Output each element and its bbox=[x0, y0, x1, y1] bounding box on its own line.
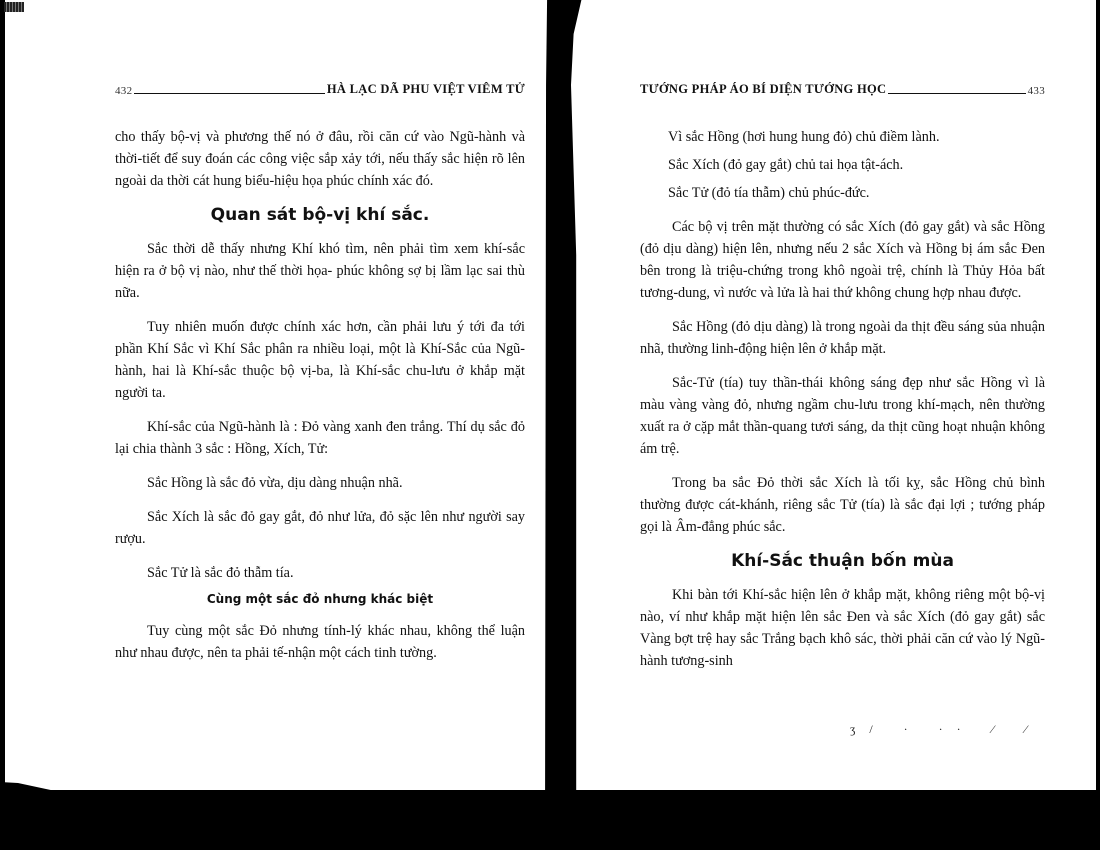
paragraph: Tuy cùng một sắc Đỏ nhưng tính-lý khác n… bbox=[115, 620, 525, 664]
page-body: Vì sắc Hồng (hơi hung hung đỏ) chủ điềm … bbox=[640, 126, 1045, 684]
paragraph: Sắc Xích là sắc đỏ gay gắt, đỏ như lửa, … bbox=[115, 506, 525, 550]
scan-corner-mark bbox=[4, 2, 24, 12]
paragraph: Sắc thời dễ thấy nhưng Khí khó tìm, nên … bbox=[115, 238, 525, 304]
section-heading: Khí-Sắc thuận bốn mùa bbox=[640, 550, 1045, 572]
paragraph: Khí-sắc của Ngũ-hành là : Đỏ vàng xanh đ… bbox=[115, 416, 525, 460]
paragraph: Sắc Hồng (đỏ dịu dàng) là trong ngoài da… bbox=[640, 316, 1045, 360]
scan-footer-marks: ʒ/ · ·· ⁄ ⁄ bbox=[850, 722, 1041, 737]
paragraph: Sắc-Tử (tía) tuy thần-thái không sáng đẹ… bbox=[640, 372, 1045, 460]
page-body: cho thấy bộ-vị và phương thế nó ở đâu, r… bbox=[115, 126, 525, 676]
running-head: TƯỚNG PHÁP ÁO BÍ DIỆN TƯỚNG HỌC 433 bbox=[640, 79, 1045, 97]
scan-right-border bbox=[1096, 0, 1100, 850]
paragraph: Khi bàn tới Khí-sắc hiện lên ở khắp mặt,… bbox=[640, 584, 1045, 672]
page-number: 433 bbox=[1028, 85, 1045, 97]
header-rule bbox=[134, 92, 324, 94]
header-rule bbox=[888, 92, 1025, 94]
running-head-title: TƯỚNG PHÁP ÁO BÍ DIỆN TƯỚNG HỌC bbox=[640, 82, 886, 97]
running-head: 432 HÀ LẠC DÃ PHU VIỆT VIÊM TỬ bbox=[115, 79, 525, 97]
subsection-heading: Cùng một sắc đỏ nhưng khác biệt bbox=[115, 588, 525, 610]
paragraph: Sắc Tử là sắc đỏ thẫm tía. bbox=[115, 562, 525, 584]
list-line: Vì sắc Hồng (hơi hung hung đỏ) chủ điềm … bbox=[640, 126, 1045, 148]
list-line: Sắc Tử (đỏ tía thẫm) chủ phúc-đức. bbox=[640, 182, 1045, 204]
paragraph: Các bộ vị trên mặt thường có sắc Xích (đ… bbox=[640, 216, 1045, 304]
scan-left-border bbox=[0, 0, 5, 850]
paragraph: Tuy nhiên muốn được chính xác hơn, cần p… bbox=[115, 316, 525, 404]
paragraph: Sắc Hồng là sắc đỏ vừa, dịu dàng nhuận n… bbox=[115, 472, 525, 494]
paragraph: cho thấy bộ-vị và phương thế nó ở đâu, r… bbox=[115, 126, 525, 192]
scan-bottom-border bbox=[0, 790, 1100, 850]
running-head-title: HÀ LẠC DÃ PHU VIỆT VIÊM TỬ bbox=[327, 82, 525, 97]
section-heading: Quan sát bộ-vị khí sắc. bbox=[115, 204, 525, 226]
page-number: 432 bbox=[115, 85, 132, 97]
paragraph: Trong ba sắc Đỏ thời sắc Xích là tối kỵ,… bbox=[640, 472, 1045, 538]
book-gutter-shadow bbox=[545, 0, 597, 850]
list-line: Sắc Xích (đỏ gay gắt) chủ tai họa tật-ác… bbox=[640, 154, 1045, 176]
